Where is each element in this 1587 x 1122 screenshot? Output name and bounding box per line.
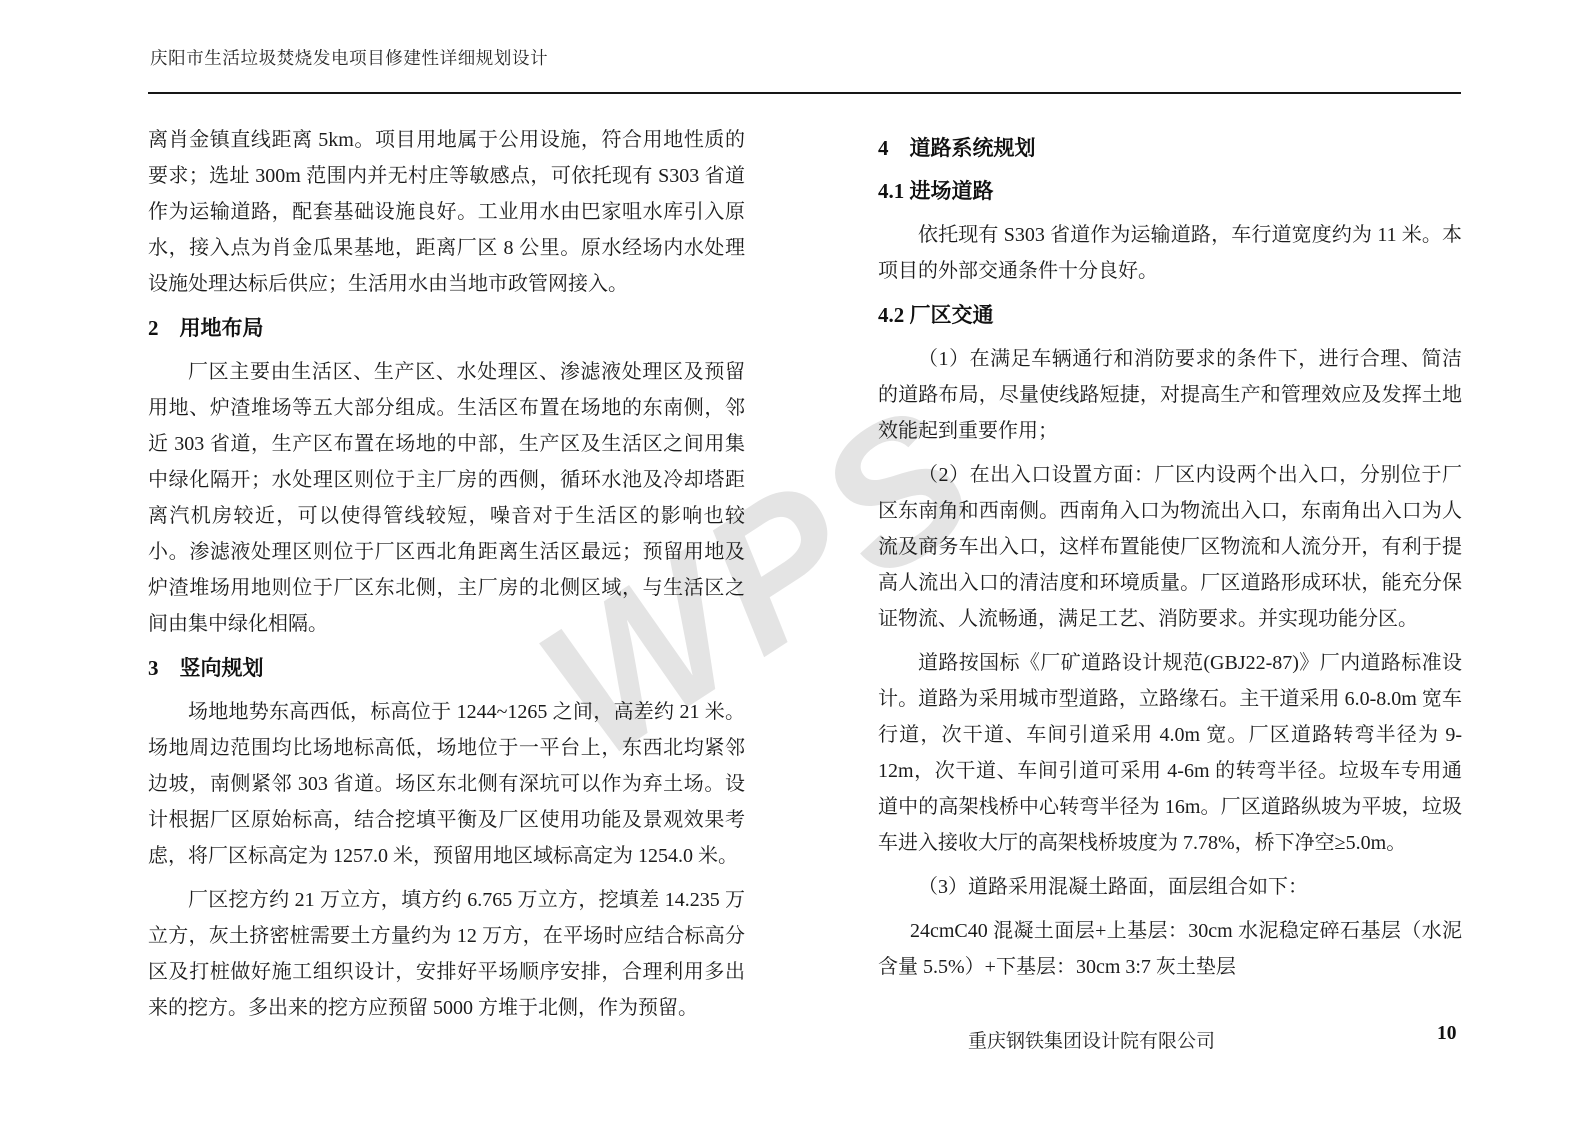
paragraph-site-intro: 离肖金镇直线距离 5km。项目用地属于公用设施，符合用地性质的要求；选址 300… (148, 122, 745, 302)
paragraph-road-standard: 道路按国标《厂矿道路设计规范(GBJ22-87)》厂内道路标准设计。道路为采用城… (878, 645, 1462, 861)
paragraph-land-use-layout: 厂区主要由生活区、生产区、水处理区、渗滤液处理区及预留用地、炉渣堆场等五大部分组… (148, 354, 745, 642)
paragraph-vertical-planning-1: 场地地势东高西低，标高位于 1244~1265 之间，高差约 21 米。场地周边… (148, 694, 745, 874)
heading-road-system-planning: 4 道路系统规划 (878, 131, 1462, 165)
left-text-column: 离肖金镇直线距离 5km。项目用地属于公用设施，符合用地性质的要求；选址 300… (148, 122, 745, 1034)
right-text-column: 4 道路系统规划 4.1 进场道路 依托现有 S303 省道作为运输道路，车行道… (878, 122, 1462, 993)
page-header-title: 庆阳市生活垃圾焚烧发电项目修建性详细规划设计 (150, 45, 548, 70)
document-page: WPS 庆阳市生活垃圾焚烧发电项目修建性详细规划设计 离肖金镇直线距离 5km。… (0, 0, 1587, 1122)
heading-land-use-layout: 2 用地布局 (148, 311, 745, 345)
header-divider (148, 92, 1461, 94)
heading-access-road: 4.1 进场道路 (878, 174, 1462, 208)
paragraph-access-road: 依托现有 S303 省道作为运输道路，车行道宽度约为 11 米。本项目的外部交通… (878, 217, 1462, 289)
heading-vertical-planning: 3 竖向规划 (148, 651, 745, 685)
heading-plant-traffic: 4.2 厂区交通 (878, 298, 1462, 332)
paragraph-traffic-item-3: （3）道路采用混凝土路面，面层组合如下： (878, 869, 1462, 905)
paragraph-traffic-item-1: （1）在满足车辆通行和消防要求的条件下，进行合理、简洁的道路布局，尽量使线路短捷… (878, 341, 1462, 449)
paragraph-pavement-layers: 24cmC40 混凝土面层+上基层：30cm 水泥稳定碎石基层（水泥含量 5.5… (878, 913, 1462, 985)
paragraph-traffic-item-2: （2）在出入口设置方面：厂区内设两个出入口，分别位于厂区东南角和西南侧。西南角入… (878, 457, 1462, 637)
footer-page-number: 10 (1437, 1023, 1457, 1045)
footer-company-name: 重庆钢铁集团设计院有限公司 (968, 1026, 1215, 1053)
paragraph-vertical-planning-2: 厂区挖方约 21 万立方，填方约 6.765 万立方，挖填差 14.235 万立… (148, 882, 745, 1026)
